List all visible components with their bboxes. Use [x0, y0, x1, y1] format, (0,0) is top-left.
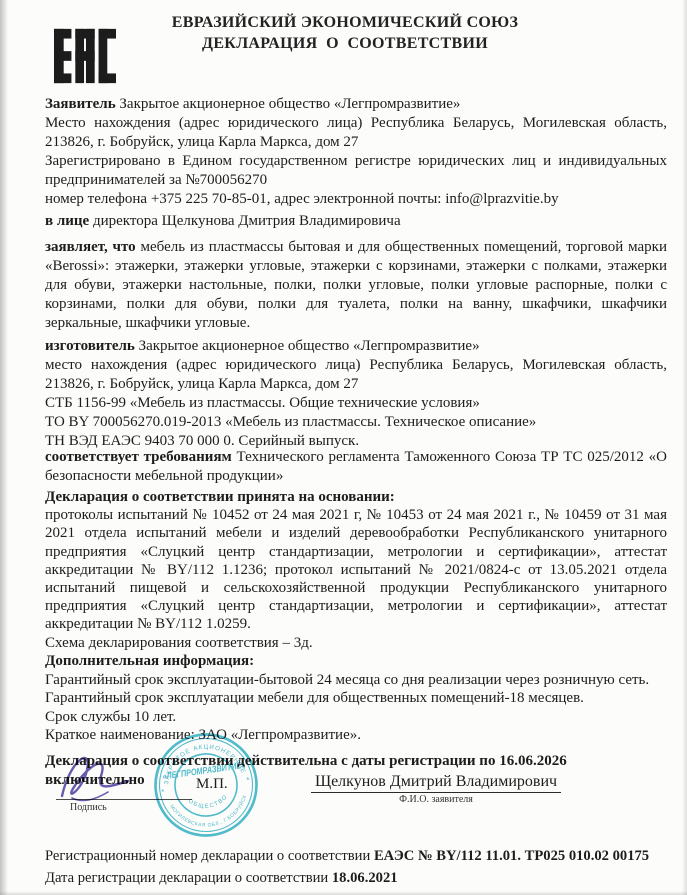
compliance-section: соответствует требованиям Технического р…	[45, 448, 667, 486]
additional-label: Дополнительная информация:	[45, 652, 667, 671]
manufacturer-stb: СТБ 1156-99 «Мебель из пластмассы. Общие…	[45, 394, 667, 413]
applicant-name-line: Заявитель Закрытое акционерное общество …	[45, 95, 667, 114]
additional-line-4: Краткое наименование: ЗАО «Легпромразвит…	[45, 726, 667, 745]
union-title: ЕВРАЗИЙСКИЙ ЭКОНОМИЧЕСКИЙ СОЮЗ	[110, 12, 580, 33]
declarant-name-block: Щелкунов Дмитрий Владимирович Ф.И.О. зая…	[305, 773, 567, 805]
additional-line-1: Гарантийный срок эксплуатации-бытовой 24…	[45, 671, 667, 690]
scan-edge-right	[682, 0, 687, 895]
applicant-label: Заявитель	[45, 96, 116, 112]
manufacturer-name: Закрытое акционерное общество «Легпромра…	[135, 338, 480, 354]
basis-label: Декларация о соответствии принята на осн…	[45, 488, 667, 506]
basis-section: Декларация о соответствии принята на осн…	[45, 488, 667, 652]
representative-label: в лице	[45, 213, 89, 229]
manufacturer-section: изготовитель Закрытое акционерное общест…	[45, 337, 667, 451]
additional-info-section: Дополнительная информация: Гарантийный с…	[45, 652, 667, 745]
stamp-star-right: *	[246, 775, 250, 784]
registration-date-line: Дата регистрации декларации о соответств…	[45, 867, 667, 889]
registration-date-value: 18.06.2021	[332, 870, 398, 886]
declares-section: заявляет, что мебель из пластмассы бытов…	[45, 238, 667, 333]
applicant-section: Заявитель Закрытое акционерное общество …	[45, 95, 667, 209]
manufacturer-address: место нахождения (адрес юридического лиц…	[45, 356, 667, 394]
manufacturer-name-line: изготовитель Закрытое акционерное общест…	[45, 337, 667, 356]
declarant-name-caption: Ф.И.О. заявителя	[305, 794, 567, 805]
declaration-title: ДЕКЛАРАЦИЯ О СООТВЕТСТВИИ	[110, 33, 580, 54]
manufacturer-to: ТО BY 700056270.019-2013 «Мебель из плас…	[45, 413, 667, 432]
declaration-document: ЕВРАЗИЙСКИЙ ЭКОНОМИЧЕСКИЙ СОЮЗ ДЕКЛАРАЦИ…	[0, 0, 687, 895]
scan-edge-left	[0, 0, 8, 895]
representative-line: в лице директора Щелкунова Дмитрия Влади…	[45, 212, 667, 231]
registration-date-label: Дата регистрации декларации о соответств…	[45, 870, 332, 886]
applicant-contacts: номер телефона +375 225 70-85-01, адрес …	[45, 190, 667, 209]
additional-line-2: Гарантийный срок эксплуатации мебели для…	[45, 689, 667, 708]
applicant-address: Место нахождения (адрес юридического лиц…	[45, 114, 667, 152]
registration-number-line: Регистрационный номер декларации о соотв…	[45, 845, 667, 867]
applicant-name: Закрытое акционерное общество «Легпромра…	[116, 96, 461, 112]
declares-text: мебель из пластмассы бытовая и для общес…	[45, 239, 667, 331]
representative-text: директора Щелкунова Дмитрия Владимирович…	[89, 213, 400, 229]
eac-logo-icon	[54, 28, 116, 84]
declares-label: заявляет, что	[45, 239, 136, 255]
basis-scheme: Схема декларирования соответствия – 3д.	[45, 634, 667, 652]
additional-line-3: Срок службы 10 лет.	[45, 708, 667, 727]
compliance-label: соответствует требованиям	[45, 449, 232, 465]
declarant-name: Щелкунов Дмитрий Владимирович	[311, 773, 561, 793]
registration-section: Регистрационный номер декларации о соотв…	[45, 845, 667, 889]
registration-number-label: Регистрационный номер декларации о соотв…	[45, 848, 374, 864]
applicant-registration-info: Зарегистрировано в Едином государственно…	[45, 152, 667, 190]
stamp-star-left: *	[161, 787, 165, 796]
scan-edge-bottom	[0, 891, 687, 895]
registration-number-value: ЕАЭС № BY/112 11.01. ТР025 010.02 00175	[374, 848, 649, 864]
manufacturer-label: изготовитель	[45, 338, 135, 354]
document-header: ЕВРАЗИЙСКИЙ ЭКОНОМИЧЕСКИЙ СОЮЗ ДЕКЛАРАЦИ…	[110, 12, 580, 54]
basis-text: протоколы испытаний № 10452 от 24 мая 20…	[45, 506, 667, 633]
company-stamp: ЗАКРЫТОЕ АКЦИОНЕРНОЕ МОГИЛЕВСКАЯ ОБЛ., Г…	[144, 723, 268, 847]
